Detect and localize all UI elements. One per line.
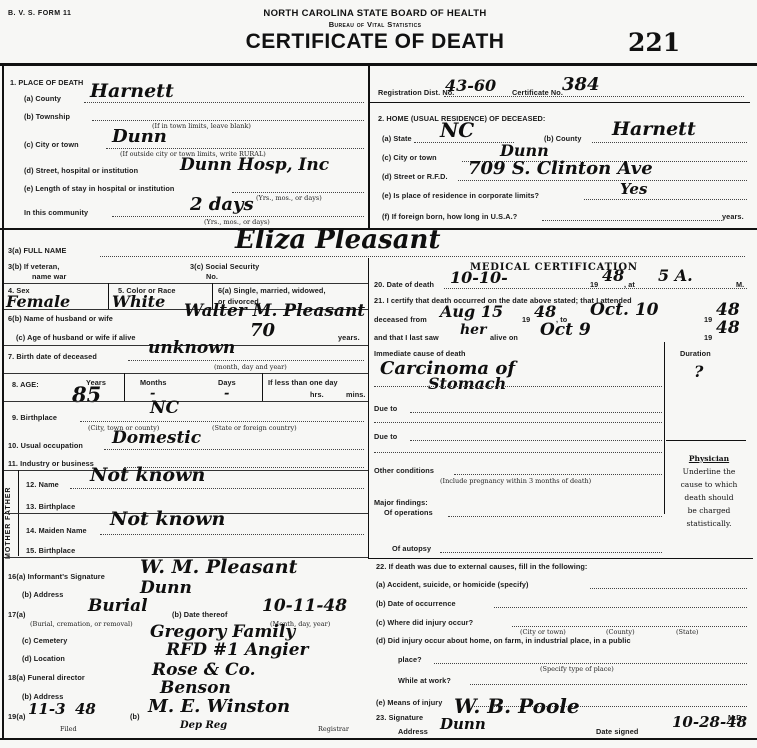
birthplace-note-2: (State or foreign country) [212, 424, 297, 432]
community-label: In this community [24, 208, 88, 217]
dotline [112, 216, 364, 217]
occupation-label: 10. Usual occupation [8, 441, 83, 450]
operations-label: Of operations [384, 508, 433, 517]
center-divider [368, 258, 369, 558]
disposition-date-value: 10-11-48 [262, 596, 347, 616]
dotline [454, 474, 662, 475]
mother-name-label: 14. Maiden Name [26, 526, 87, 535]
death-time-value: 5 A. [658, 266, 693, 285]
spouse-age-value: 70 [250, 320, 275, 341]
home-county-value: Harnett [612, 118, 696, 140]
hospital-value: Dunn Hosp, Inc [180, 155, 329, 175]
mins-label: mins. [346, 390, 366, 399]
registrar-value: M. E. Winston [148, 696, 290, 717]
filed-caption: Filed [60, 725, 77, 733]
death-date-label: 20. Date of death [374, 280, 434, 289]
spouse-value: Walter M. Pleasant [184, 301, 365, 321]
dotline [106, 148, 364, 149]
marital-label: 6(a) Single, married, widowed, [218, 286, 326, 295]
birthplace-value: NC [150, 398, 179, 418]
divider [108, 283, 109, 309]
mother-side-label: MOTHER [5, 515, 12, 559]
dotline [592, 142, 747, 143]
occurrence-label: (b) Date of occurrence [376, 599, 456, 608]
attended-label: deceased from [374, 315, 427, 324]
bureau-title: Bureau of Vital Statistics [215, 20, 535, 29]
registrar-caption: Registrar [318, 725, 349, 733]
disposition-value: Burial [88, 596, 148, 616]
reg-dist-value: 43-60 [445, 76, 496, 95]
disposition-date-label: (b) Date thereof [172, 610, 228, 619]
death-city-value: Dunn [112, 126, 167, 147]
where-note-county: (County) [606, 628, 635, 636]
duration-value: ? [694, 362, 703, 381]
dotline [104, 449, 364, 450]
days-value: - [224, 386, 229, 401]
death-county-label: (a) County [24, 94, 61, 103]
filed-value: 11-3 [28, 700, 66, 718]
divider [4, 401, 368, 402]
physician-note-line: cause to which [666, 478, 752, 491]
lastsaw-year: 48 [716, 318, 740, 338]
father-name-value: Not known [90, 464, 205, 486]
physician-signature-label: 23. Signature [376, 713, 423, 722]
immediate-value-2: Stomach [428, 374, 506, 393]
veteran-label: 3(b) If veteran, [8, 262, 59, 271]
community-value: 2 days [190, 194, 254, 215]
birth-note: (month, day and year) [214, 363, 287, 371]
autopsy-label: Of autopsy [392, 544, 431, 553]
stay-label: (e) Length of stay in hospital or instit… [24, 184, 174, 193]
ssn-label-2: No. [206, 272, 218, 281]
registrar-sub: Dep Reg [180, 720, 227, 731]
page-number: 221 [628, 28, 680, 57]
full-name-value: Eliza Pleasant [235, 225, 440, 255]
divider [4, 283, 368, 284]
divider [368, 558, 753, 559]
divider [4, 373, 368, 374]
home-street-value: 709 S. Clinton Ave [468, 158, 653, 179]
cert-no-value: 384 [562, 74, 600, 95]
birth-value: unknown [148, 338, 235, 358]
death-time-suffix: M. [736, 280, 744, 289]
findings-label: Major findings: [374, 498, 428, 507]
dotline [410, 440, 662, 441]
attended-to-year: 48 [716, 300, 740, 320]
dotline [470, 684, 747, 685]
date-signed-label: Date signed [596, 727, 638, 736]
home-city-label: (c) City or town [382, 153, 437, 162]
injury-place-label: (d) Did injury occur about home, on farm… [376, 636, 631, 645]
dotline [542, 220, 722, 221]
dotline [444, 96, 744, 97]
registrar-label: (b) [130, 712, 140, 721]
where-note-state: (State) [676, 628, 698, 636]
year-prefix-3: 19 [704, 333, 712, 342]
age-label: 8. AGE: [12, 380, 39, 389]
informant-address-label: (b) Address [22, 590, 63, 599]
full-name-label: 3(a) FULL NAME [8, 246, 66, 255]
informant-value: W. M. Pleasant [140, 556, 297, 578]
death-date-value: 10-10- [450, 268, 508, 287]
place-of-death-label: 1. PLACE OF DEATH [10, 78, 83, 87]
year-prefix-2: 19 [704, 315, 712, 324]
cemetery-value: Gregory Family [150, 622, 295, 642]
director-address-value: Benson [160, 678, 231, 698]
veteran-label-2: name war [32, 272, 66, 281]
bottom-rule [0, 738, 757, 740]
lastsaw-value: Oct 9 [540, 320, 591, 340]
mother-birthplace-label: 15. Birthplace [26, 546, 75, 555]
director-label: 18(a) Funeral director [8, 673, 85, 682]
dotline [448, 516, 662, 517]
where-label: (c) Where did injury occur? [376, 618, 473, 627]
hospital-label: (d) Street, hospital or institution [24, 166, 138, 175]
dotline [70, 488, 364, 489]
less-day-label: If less than one day [268, 378, 338, 387]
attended-from-year: 48 [534, 302, 556, 321]
dotline [92, 120, 364, 121]
lastsaw-who: her [460, 322, 486, 338]
director-value: Rose & Co. [152, 660, 256, 680]
work-label: While at work? [398, 676, 451, 685]
disposition-label: 17(a) [8, 610, 26, 619]
accident-label: (a) Accident, suicide, or homicide (spec… [376, 580, 529, 589]
due-to-1: Due to [374, 404, 397, 413]
home-state-value: NC [440, 118, 474, 142]
duration-divider [664, 342, 665, 514]
birthplace-label: 9. Birthplace [12, 413, 57, 422]
center-divider-top [368, 66, 370, 228]
dotline [84, 102, 364, 103]
header-rule [0, 63, 757, 66]
divider [124, 373, 125, 401]
death-year-value: 48 [602, 266, 624, 285]
physician-note-line: death should [666, 491, 752, 504]
divider [666, 440, 746, 441]
location-value: RFD #1 Angier [166, 640, 309, 660]
reg-dist-label: Registration Dist. No. [378, 88, 454, 97]
spouse-age-label: (c) Age of husband or wife if alive [16, 333, 136, 342]
dotline [100, 256, 745, 257]
dotline [100, 534, 364, 535]
dotline [232, 192, 364, 193]
other-conditions-note: (Include pregnancy within 3 months of de… [440, 477, 591, 485]
means-label: (e) Means of injury [376, 698, 442, 707]
occupation-value: Domestic [112, 428, 201, 448]
hrs-label: hrs. [310, 390, 324, 399]
duration-label: Duration [680, 349, 711, 358]
stay-note: (Yrs., mos., or days) [256, 194, 322, 202]
divider [262, 373, 263, 401]
dotline [374, 422, 662, 423]
disposition-note: (Burial, cremation, or removal) [30, 620, 133, 628]
home-county-label: (b) County [544, 134, 581, 143]
dotline [128, 360, 364, 361]
foreign-label: (f) If foreign born, how long in U.S.A.? [382, 212, 517, 221]
death-year-prefix: 19 [590, 280, 598, 289]
dotline [414, 142, 514, 143]
agency-title: NORTH CAROLINA STATE BOARD OF HEALTH [215, 8, 535, 19]
physician-note: Physician Underline the cause to which d… [666, 452, 752, 530]
physician-note-line: statistically. [666, 517, 752, 530]
dotline [590, 588, 747, 589]
injury-place-note: (Specify type of place) [540, 665, 614, 673]
home-street-label: (d) Street or R.F.D. [382, 172, 448, 181]
township-label: (b) Township [24, 112, 70, 121]
industry-label: 11. Industry or business [8, 459, 94, 468]
form-id: B. V. S. FORM 11 [8, 10, 71, 17]
dotline [494, 607, 747, 608]
due-to-2: Due to [374, 432, 397, 441]
physician-address-label: Address [398, 727, 428, 736]
father-name-label: 12. Name [26, 480, 59, 489]
lastsaw-alive: alive on [490, 333, 518, 342]
location-label: (d) Location [22, 654, 65, 663]
attended-to: Oct. 10 [590, 300, 659, 320]
cemetery-label: (c) Cemetery [22, 636, 67, 645]
year-prefix-1: 19 [522, 315, 530, 324]
informant-label: 16(a) Informant's Signature [8, 572, 105, 581]
death-city-label: (c) City or town [24, 140, 79, 149]
spouse-age-unit: years. [338, 333, 360, 342]
injury-place-label-2: place? [398, 655, 422, 664]
dotline [584, 199, 747, 200]
physician-note-line: be charged [666, 504, 752, 517]
years-value: 85 [72, 382, 101, 407]
physician-title: Physician [666, 452, 752, 465]
informant-address-value: Dunn [140, 578, 192, 598]
physician-address-value: Dunn [440, 715, 486, 733]
filed-year: 48 [75, 700, 96, 718]
corporate-label: (e) Is place of residence in corporate l… [382, 191, 539, 200]
filed-label: 19(a) [8, 712, 26, 721]
mother-name-value: Not known [110, 508, 225, 530]
where-note-city: (City or town) [520, 628, 566, 636]
birth-label: 7. Birth date of deceased [8, 352, 97, 361]
lastsaw-label: and that I last saw [374, 333, 439, 342]
external-label: 22. If death was due to external causes,… [376, 562, 587, 571]
death-county-value: Harnett [90, 80, 174, 102]
left-border [2, 66, 4, 738]
dotline [458, 180, 747, 181]
foreign-unit: years. [722, 212, 744, 221]
death-certificate: B. V. S. FORM 11 NORTH CAROLINA STATE BO… [0, 0, 757, 748]
attended-from: Aug 15 [440, 302, 503, 321]
date-signed-value: 10-28-48 [672, 713, 747, 731]
dotline [374, 452, 662, 453]
immediate-label: Immediate cause of death [374, 349, 466, 358]
dotline [440, 552, 662, 553]
dotline [434, 663, 747, 664]
father-birthplace-label: 13. Birthplace [26, 502, 75, 511]
home-state-label: (a) State [382, 134, 412, 143]
corporate-value: Yes [620, 180, 647, 198]
ssn-label: 3(c) Social Security [190, 262, 259, 271]
death-time-label: , at [624, 280, 635, 289]
dotline [410, 412, 662, 413]
physician-note-line: Underline the [666, 465, 752, 478]
other-conditions-label: Other conditions [374, 466, 434, 475]
divider [370, 102, 750, 103]
dotline [80, 421, 364, 422]
spouse-label: 6(b) Name of husband or wife [8, 314, 113, 323]
dotline [512, 626, 747, 627]
dotline [374, 386, 662, 387]
document-title: CERTIFICATE OF DEATH [200, 30, 550, 54]
